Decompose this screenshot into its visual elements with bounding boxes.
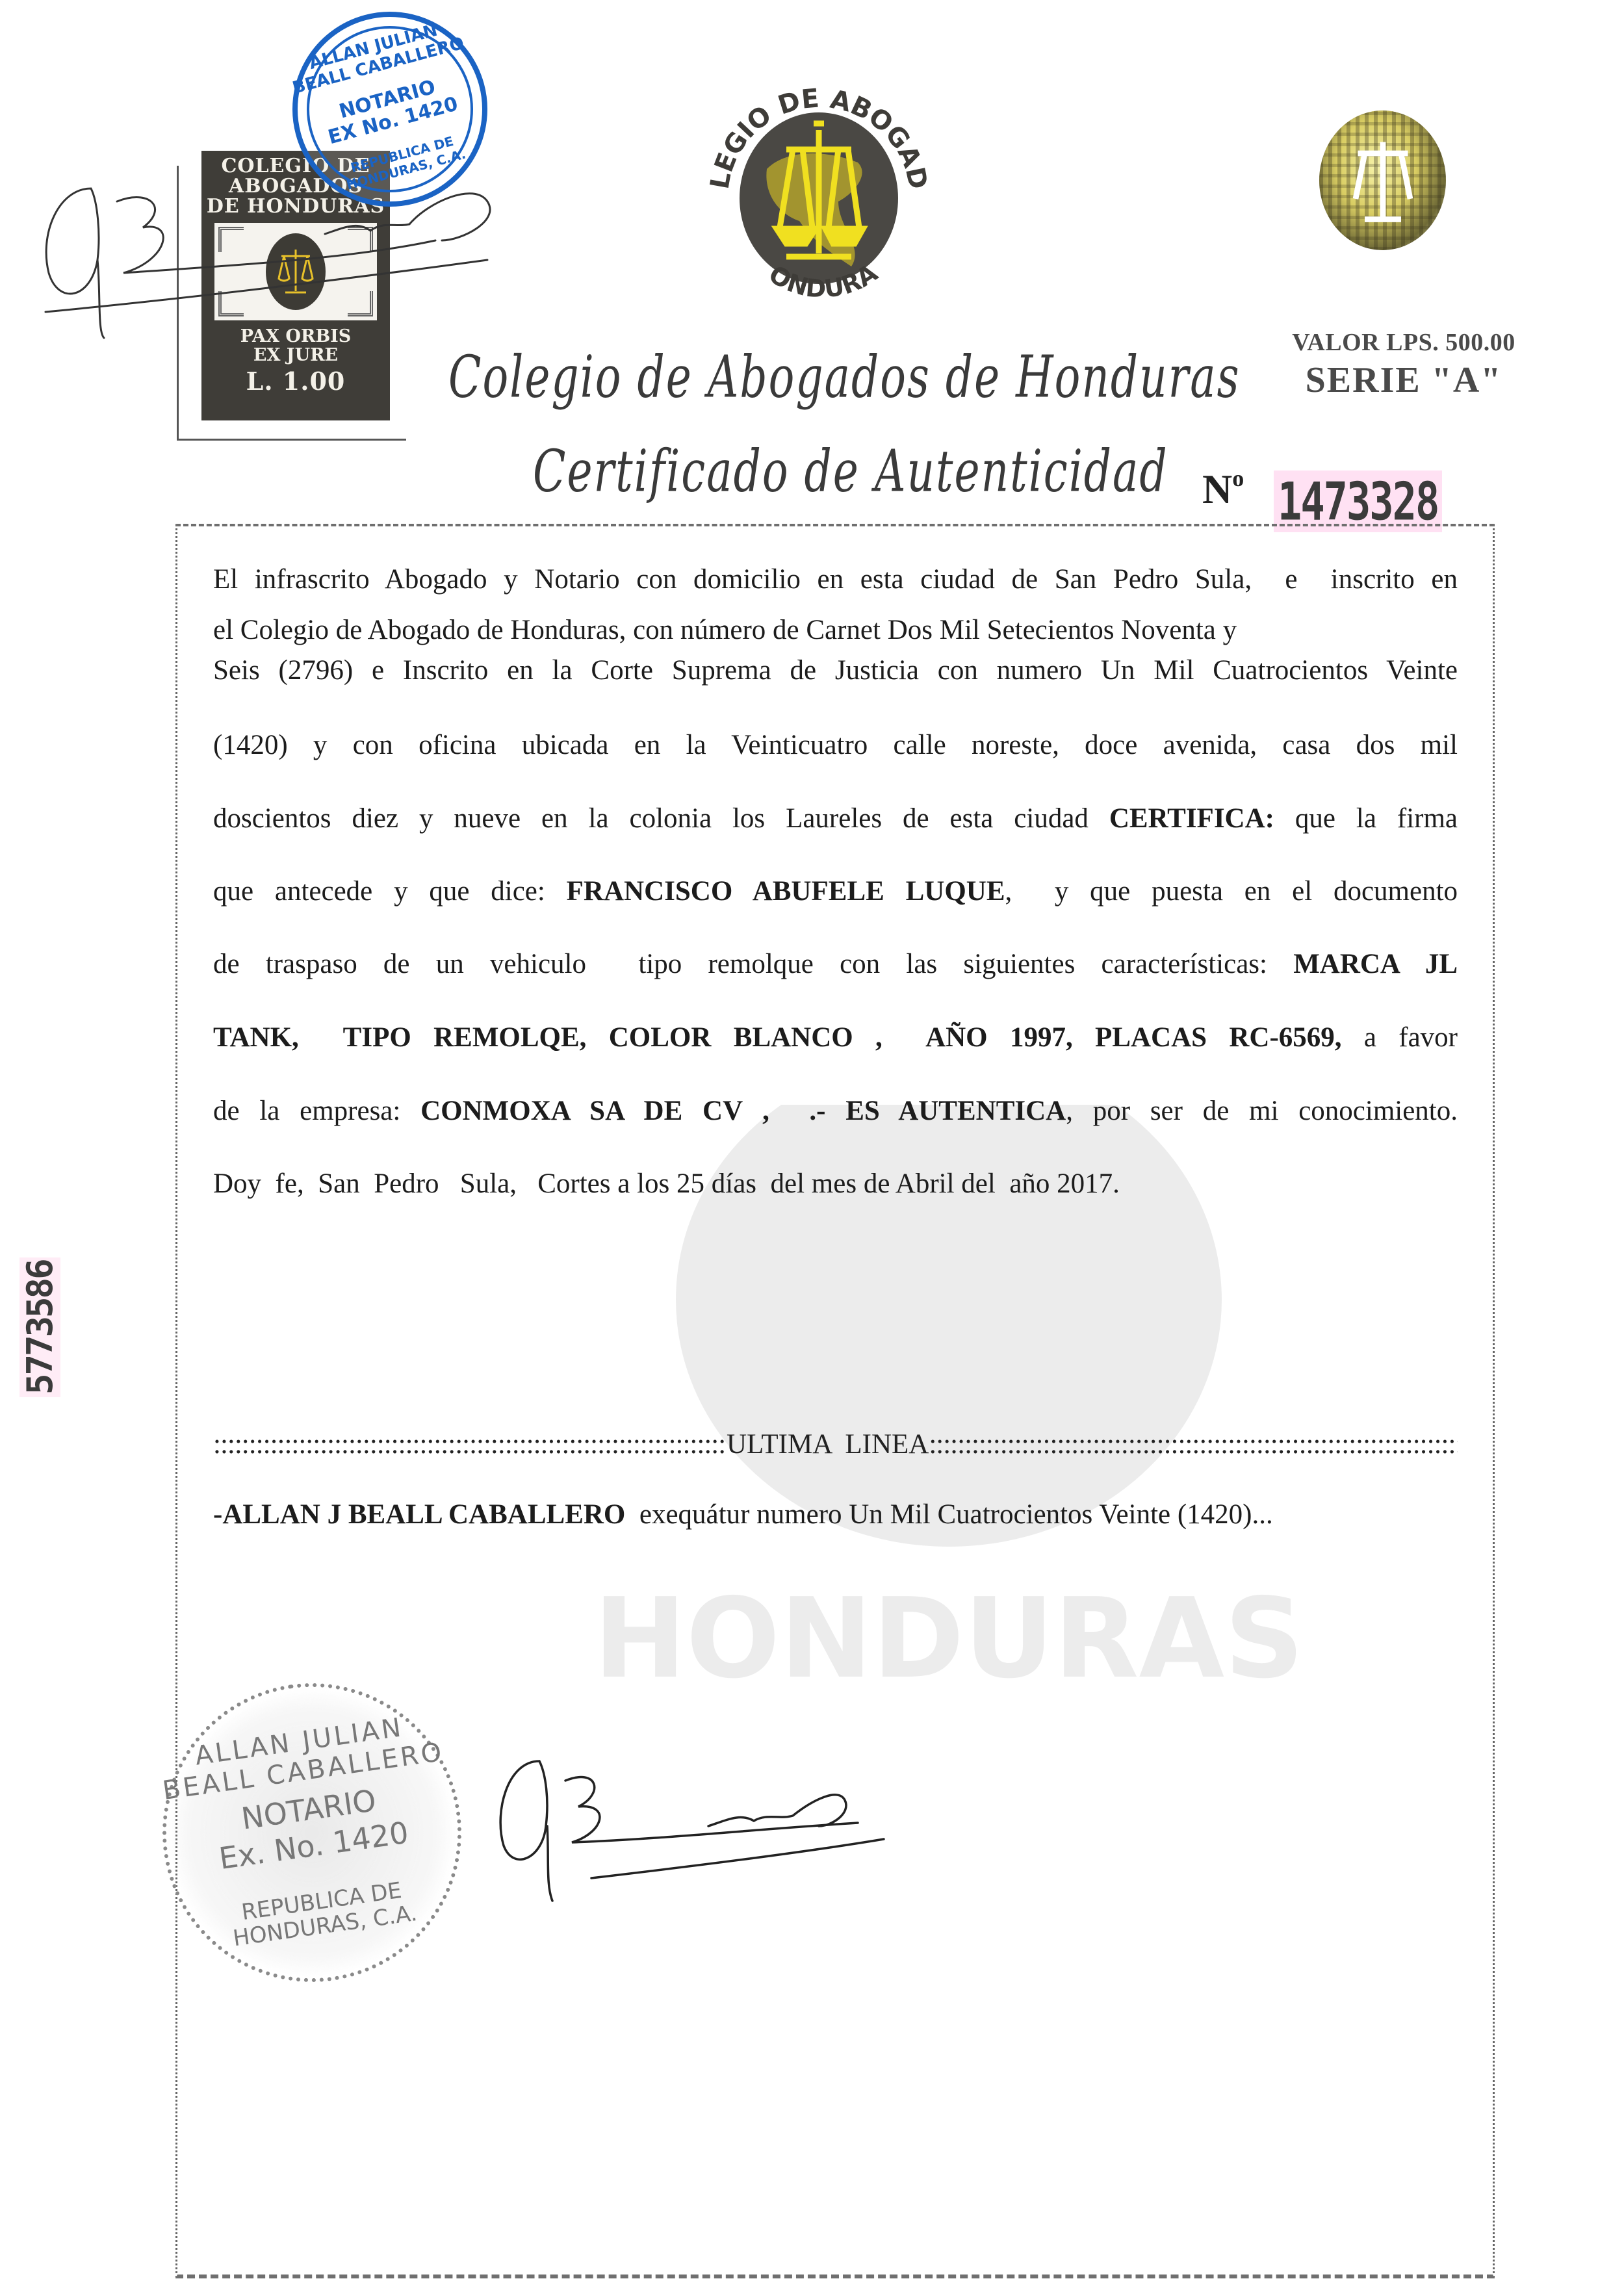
svg-text:HONDURAS: HONDURAS (593, 1575, 1304, 1703)
scales-of-justice-icon (1347, 135, 1419, 226)
seal-center-line: NOTARIO (296, 65, 480, 134)
body-text: doscientos diez y nueve en la colonia lo… (213, 803, 1109, 834)
certificate-number-label: No (1202, 465, 1244, 513)
page-subtitle: Certificado de Autenticidad (533, 437, 1168, 505)
signature-icon (494, 1748, 1046, 1917)
body-text: el Colegio de Abogado de Honduras, con n… (213, 615, 1237, 645)
exequatur-text: exequátur numero Un Mil Cuatrocientos Ve… (625, 1499, 1272, 1530)
body-line: El infrascrito Abogado y Notario con dom… (213, 565, 1458, 593)
body-text: de la empresa: (213, 1096, 420, 1126)
body-text: de traspaso de un vehiculo tipo remolque… (213, 949, 1293, 979)
body-text: (1420) y con oficina ubicada en la Veint… (213, 730, 1458, 760)
closing-line: -ALLAN J BEALL CABALLERO exequátur numer… (213, 1499, 1273, 1530)
colon-filler: ::::::::::::::::::::::::::::::::::::::::… (213, 1428, 727, 1460)
body-line: (1420) y con oficina ubicada en la Veint… (213, 731, 1458, 759)
body-text: , por ser de mi conocimiento. (1066, 1096, 1458, 1126)
last-line-label: ULTIMA LINEA (727, 1429, 929, 1460)
body-line: doscientos diez y nueve en la colonia lo… (213, 805, 1458, 832)
number-label-text: N (1202, 466, 1232, 512)
body-line: TANK, TIPO REMOLQE, COLOR BLANCO , AÑO 1… (213, 1024, 1458, 1051)
body-line: que antecede y que dice: FRANCISCO ABUFE… (213, 877, 1458, 905)
seal-center-line: EX No. 1420 (301, 86, 485, 155)
page-title: Colegio de Abogados de Honduras (448, 343, 1240, 411)
body-text: , y que puesta en el documento (1005, 876, 1458, 907)
security-hologram (1319, 110, 1446, 250)
body-line: el Colegio de Abogado de Honduras, con n… (213, 616, 1458, 644)
body-text: que antecede y que dice: (213, 876, 567, 907)
seal-ring-text: ALLAN JULIAN BEALL CABALLERO (281, 14, 470, 99)
signature-top (19, 162, 591, 357)
seal-center-text: NOTARIO EX No. 1420 (296, 65, 485, 155)
body-line: Doy fe, San Pedro Sula, Cortes a los 25 … (213, 1170, 1458, 1198)
certificate-number: 1473328 (1274, 470, 1442, 532)
body-line: de la empresa: CONMOXA SA DE CV , .- ES … (213, 1097, 1458, 1125)
number-label-sup: o (1232, 465, 1244, 491)
body-bold-text: MARCA JL (1293, 949, 1458, 979)
body-line: de traspaso de un vehiculo tipo remolque… (213, 950, 1458, 978)
body-bold-text: CERTIFICA: (1109, 803, 1274, 834)
body-text: Doy fe, San Pedro Sula, Cortes a los 25 … (213, 1168, 1120, 1199)
colon-filler: ::::::::::::::::::::::::::::::::::::::::… (929, 1428, 1458, 1460)
stamp-series: SERIE "A" (1222, 359, 1586, 401)
body-bold-text: CONMOXA SA DE CV , .- ES AUTENTICA (420, 1096, 1066, 1126)
signature-bottom (494, 1748, 1046, 1917)
last-line-marker: ::::::::::::::::::::::::::::::::::::::::… (213, 1428, 1458, 1460)
signature-icon (19, 162, 591, 357)
notary-name: -ALLAN J BEALL CABALLERO (213, 1499, 625, 1530)
body-text: Seis (2796) e Inscrito en la Corte Supre… (213, 655, 1458, 686)
side-serial-number: 5773586 (19, 1257, 60, 1397)
body-text: a favor (1342, 1022, 1458, 1053)
body-text: que la firma (1274, 803, 1458, 834)
body-bold-text: TANK, TIPO REMOLQE, COLOR BLANCO , AÑO 1… (213, 1022, 1342, 1053)
fee-stamp-value: L. 1.00 (201, 367, 390, 396)
stamp-value: VALOR LPS. 500.00 (1222, 328, 1586, 357)
body-line: Seis (2796) e Inscrito en la Corte Supre… (213, 656, 1458, 684)
bar-association-crest: COLEGIO DE ABOGADOS HONDURAS (689, 58, 949, 318)
stamp-value-block: VALOR LPS. 500.00 SERIE "A" (1222, 328, 1586, 401)
body-bold-text: FRANCISCO ABUFELE LUQUE (567, 876, 1005, 907)
body-text: El infrascrito Abogado y Notario con dom… (213, 564, 1458, 595)
